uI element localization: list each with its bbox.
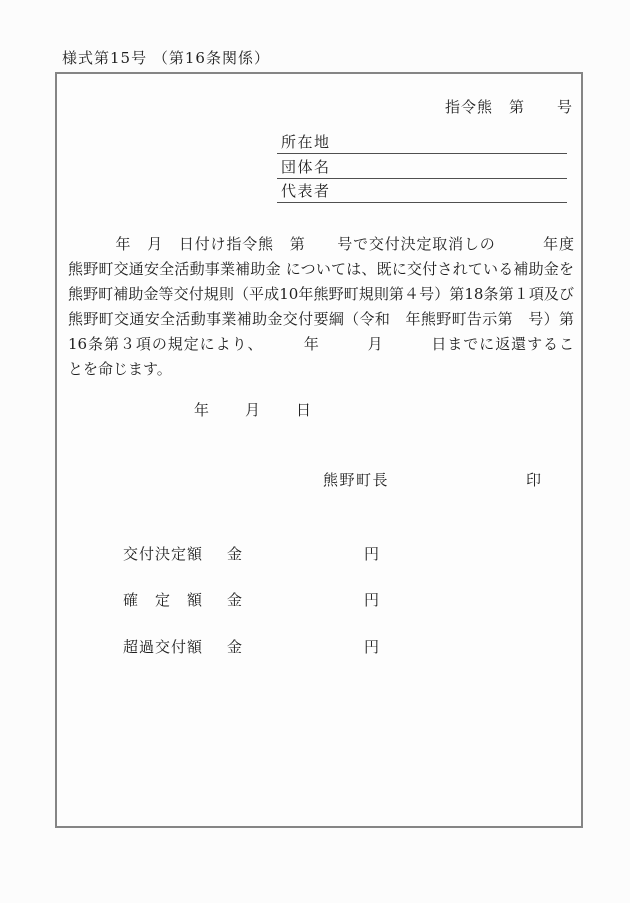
address-field-representative: 代表者 bbox=[277, 180, 567, 203]
amount-row-excess: 超過交付額 金 円 bbox=[57, 636, 581, 658]
amount-label: 超過交付額 bbox=[123, 636, 203, 658]
amount-row-confirmed: 確 定 額 金 円 bbox=[57, 589, 581, 611]
amount-currency-prefix: 金 bbox=[227, 543, 243, 565]
body-line: 年 月 日付け指令熊 第 号で交付決定取消しの 年度 bbox=[68, 232, 574, 257]
amount-label: 交付決定額 bbox=[123, 543, 203, 565]
signer-title: 熊野町長 bbox=[323, 469, 389, 491]
amount-currency-prefix: 金 bbox=[227, 589, 243, 611]
addressee-block: 所在地 団体名 代表者 bbox=[277, 131, 567, 205]
address-field-organization: 団体名 bbox=[277, 156, 567, 179]
issue-date-line: 年 月 日 bbox=[57, 399, 581, 421]
amount-label: 確 定 額 bbox=[123, 589, 203, 611]
address-field-location: 所在地 bbox=[277, 131, 567, 154]
signature-line: 熊野町長 印 bbox=[57, 469, 581, 491]
body-line: 16条第３項の規定により、 年 月 日までに返還するこ bbox=[68, 332, 574, 357]
amount-unit: 円 bbox=[364, 589, 380, 611]
date-year-label: 年 bbox=[194, 399, 209, 421]
body-line: 熊野町補助金等交付規則（平成10年熊野町規則第４号）第18条第１項及び bbox=[68, 282, 574, 307]
date-day-label: 日 bbox=[296, 399, 311, 421]
amount-row-decided: 交付決定額 金 円 bbox=[57, 543, 581, 565]
document-border-box: 指令熊 第 号 所在地 団体名 代表者 年 月 日付け指令熊 第 号で交付決定取… bbox=[55, 72, 583, 828]
amount-currency-prefix: 金 bbox=[227, 636, 243, 658]
body-paragraph: 年 月 日付け指令熊 第 号で交付決定取消しの 年度 熊野町交通安全活動事業補助… bbox=[68, 232, 574, 382]
body-line: 熊野町交通安全活動事業補助金交付要綱（令和 年熊野町告示第 号）第 bbox=[68, 307, 574, 332]
seal-placeholder: 印 bbox=[526, 469, 543, 491]
amount-unit: 円 bbox=[364, 636, 380, 658]
date-month-label: 月 bbox=[245, 399, 260, 421]
form-number-label: 様式第15号 （第16条関係） bbox=[62, 47, 270, 68]
document-page: 様式第15号 （第16条関係） 指令熊 第 号 所在地 団体名 代表者 年 月 … bbox=[0, 0, 630, 903]
amount-unit: 円 bbox=[364, 543, 380, 565]
directive-number-line: 指令熊 第 号 bbox=[445, 96, 573, 117]
body-line: とを命じます。 bbox=[68, 357, 574, 382]
body-line: 熊野町交通安全活動事業補助金 については、既に交付されている補助金を bbox=[68, 257, 574, 282]
